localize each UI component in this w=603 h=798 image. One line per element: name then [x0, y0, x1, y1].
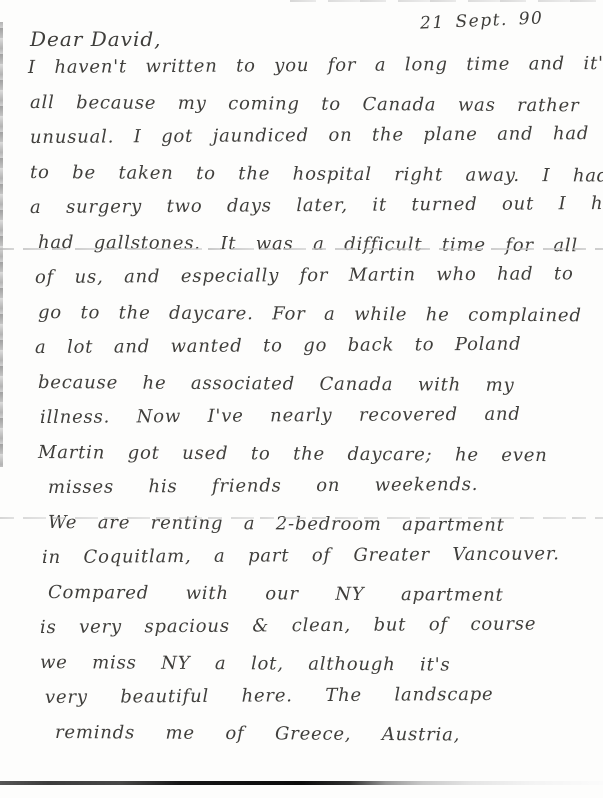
letter-line: unusual. I got jaundiced on the plane an… — [30, 116, 588, 155]
letter-date: 21 Sept. 90 — [420, 8, 544, 33]
letter-body: I haven't written to you for a long time… — [28, 50, 588, 750]
scan-artifact-bottom-edge — [0, 781, 603, 785]
letter-line: a surgery two days later, it turned out … — [30, 186, 588, 225]
letter-line: is very spacious & clean, but of course — [40, 606, 588, 645]
letter-line: in Coquitlam, a part of Greater Vancouve… — [42, 536, 588, 575]
letter-line: a lot and wanted to go back to Poland — [35, 326, 588, 365]
paper-fold-crease-lower — [0, 517, 603, 519]
letter-line: very beautiful here. The landscape — [45, 676, 588, 715]
letter-salutation: Dear David, — [30, 27, 162, 51]
scan-artifact-left-edge — [0, 22, 3, 467]
letter-line: I haven't written to you for a long time… — [28, 46, 588, 85]
paper-fold-crease-upper — [0, 248, 603, 250]
letter-line: illness. Now I've nearly recovered and — [40, 396, 588, 435]
letter-line: of us, and especially for Martin who had… — [35, 256, 588, 295]
scanned-letter-page: 21 Sept. 90 Dear David, I haven't writte… — [0, 0, 603, 798]
letter-line: reminds me of Greece, Austria, — [55, 715, 588, 753]
letter-line: misses his friends on weekends. — [48, 466, 588, 505]
scan-artifact-top-edge — [290, 0, 603, 2]
